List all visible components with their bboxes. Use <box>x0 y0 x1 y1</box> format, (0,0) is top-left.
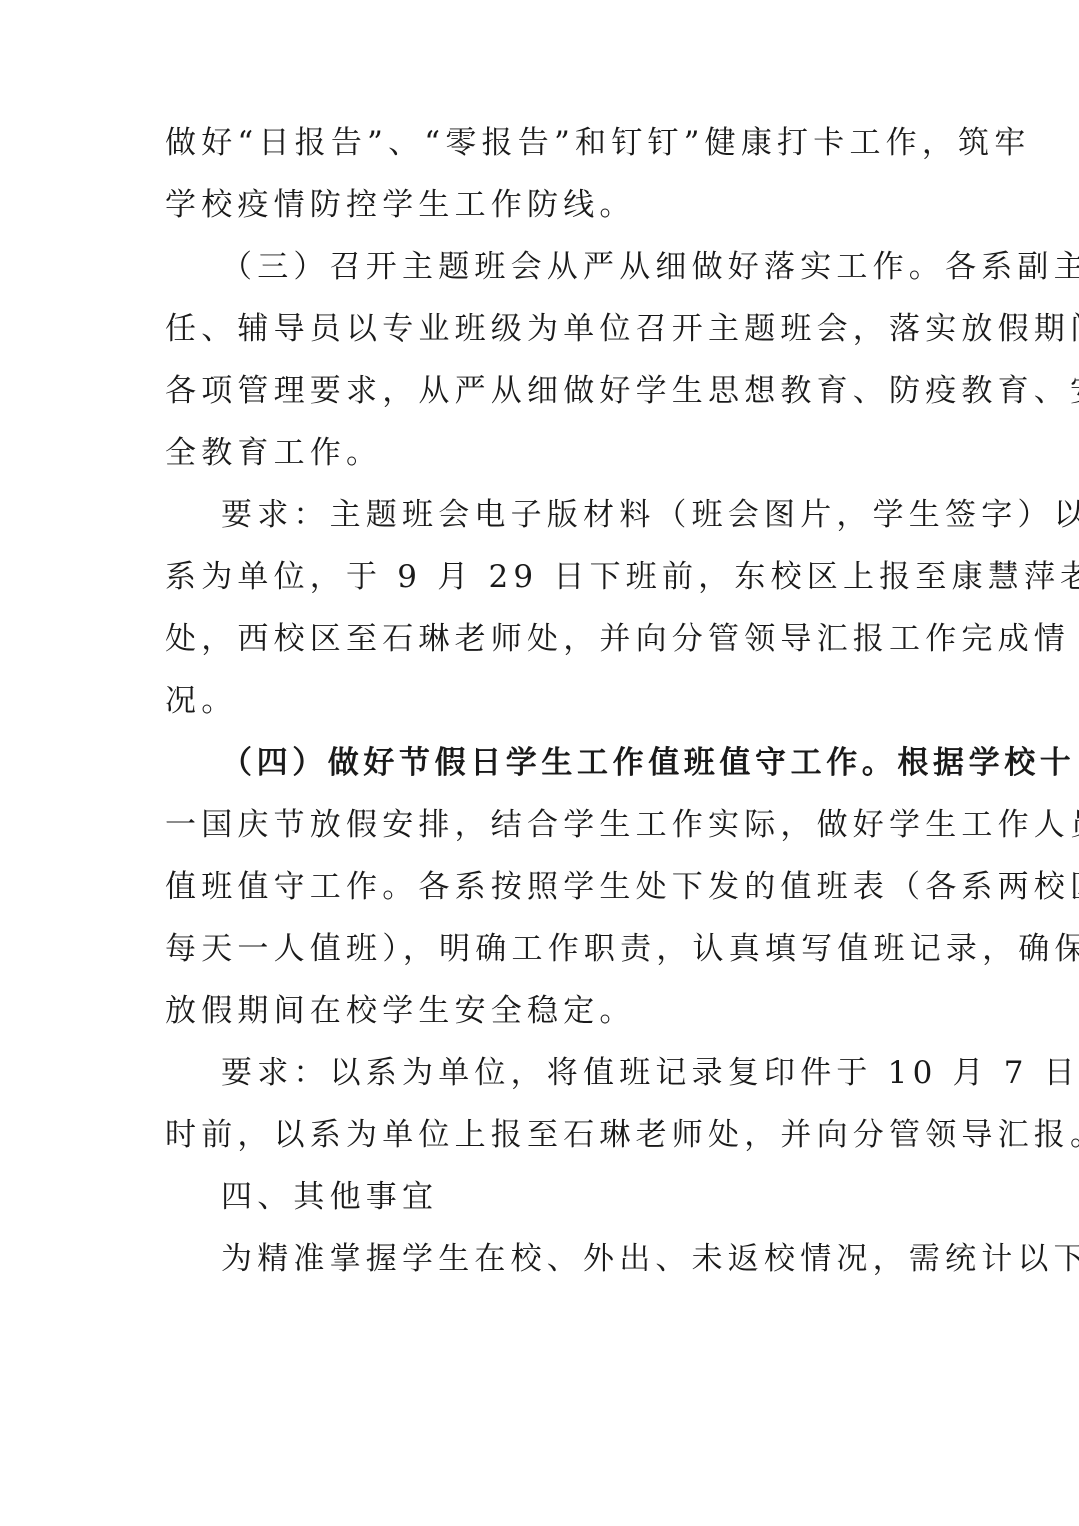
paragraph-section-3-requirement: 要求：主题班会电子版材料（班会图片，学生签字）以 系为单位，于 9 月 29 日… <box>165 484 925 732</box>
section-4-heading-line: （四）做好节假日学生工作值班值守工作。根据学校十 <box>165 732 925 794</box>
text-line: 为精准掌握学生在校、外出、未返校情况，需统计以下 <box>165 1228 925 1290</box>
paragraph-other-matters-intro: 为精准掌握学生在校、外出、未返校情况，需统计以下 <box>165 1228 925 1290</box>
text-line: 每天一人值班），明确工作职责，认真填写值班记录，确保 <box>165 918 925 980</box>
section-heading-other-matters: 四、其他事宜 <box>165 1166 925 1228</box>
paragraph-section-4-requirement: 要求：以系为单位，将值班记录复印件于 10 月 7 日晚 8 时前，以系为单位上… <box>165 1042 925 1166</box>
text-line: 做好“日报告”、“零报告”和钉钉”健康打卡工作，筑牢 <box>165 112 925 174</box>
text-line: 全教育工作。 <box>165 422 925 484</box>
text-line: 时前，以系为单位上报至石琳老师处，并向分管领导汇报。 <box>165 1104 925 1166</box>
text-line: 任、辅导员以专业班级为单位召开主题班会，落实放假期间 <box>165 298 925 360</box>
text-line: 各项管理要求，从严从细做好学生思想教育、防疫教育、安 <box>165 360 925 422</box>
section-3-heading-line: （三）召开主题班会从严从细做好落实工作。各系副主 <box>165 236 925 298</box>
paragraph-section-4: （四）做好节假日学生工作值班值守工作。根据学校十 一国庆节放假安排，结合学生工作… <box>165 732 925 1042</box>
requirement-line: 要求：主题班会电子版材料（班会图片，学生签字）以 <box>165 484 925 546</box>
document-body: 做好“日报告”、“零报告”和钉钉”健康打卡工作，筑牢 学校疫情防控学生工作防线。… <box>165 112 925 1290</box>
text-line: 系为单位，于 9 月 29 日下班前，东校区上报至康慧萍老师 <box>165 546 925 608</box>
text-line: 放假期间在校学生安全稳定。 <box>165 980 925 1042</box>
document-page: 做好“日报告”、“零报告”和钉钉”健康打卡工作，筑牢 学校疫情防控学生工作防线。… <box>0 0 1079 1526</box>
paragraph-section-3: （三）召开主题班会从严从细做好落实工作。各系副主 任、辅导员以专业班级为单位召开… <box>165 236 925 484</box>
text-line: 学校疫情防控学生工作防线。 <box>165 174 925 236</box>
text-line: 处，西校区至石琳老师处，并向分管领导汇报工作完成情 <box>165 608 925 670</box>
paragraph-health-report: 做好“日报告”、“零报告”和钉钉”健康打卡工作，筑牢 学校疫情防控学生工作防线。 <box>165 112 925 236</box>
heading-line: 四、其他事宜 <box>165 1166 925 1228</box>
requirement-line: 要求：以系为单位，将值班记录复印件于 10 月 7 日晚 8 <box>165 1042 925 1104</box>
text-line: 一国庆节放假安排，结合学生工作实际，做好学生工作人员 <box>165 794 925 856</box>
text-line: 值班值守工作。各系按照学生处下发的值班表（各系两校区 <box>165 856 925 918</box>
text-line: 况。 <box>165 670 925 732</box>
